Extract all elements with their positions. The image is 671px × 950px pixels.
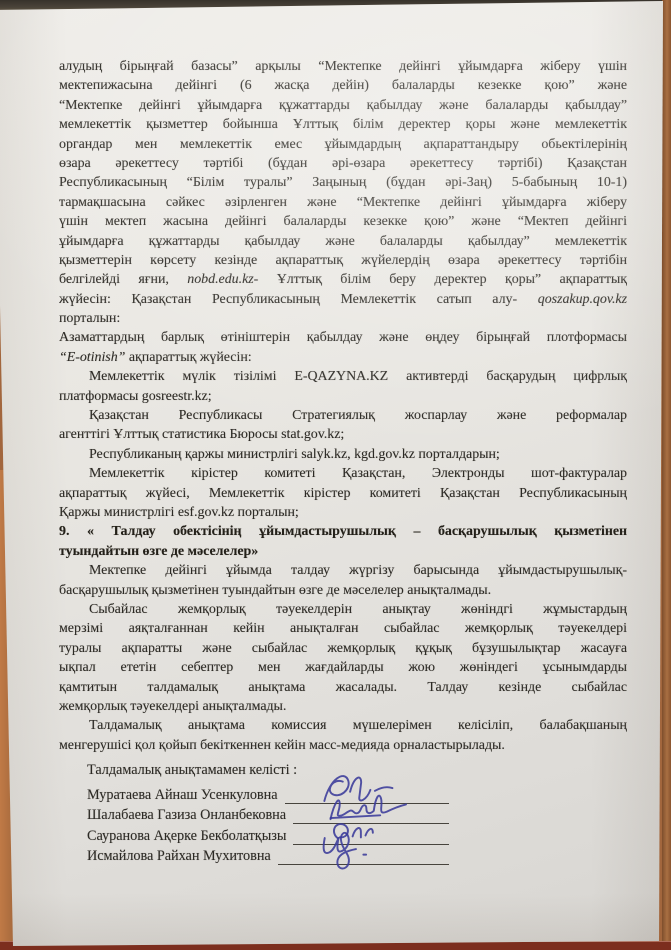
text-segment: Сыбайлас жемқорлық тәуекелдерін анықтау … [89, 602, 627, 617]
text-line: Талдамалық анықтама комиссия мүшелерімен… [59, 716, 627, 735]
text-line: Қаржы министрлігі esf.gov.kz порталын; [59, 503, 627, 522]
text-segment: өзара әрекеттесу тәртібі (бұдан әрі-өзар… [59, 156, 627, 171]
text-line: үшін мектеп жасына дейінгі балаларды кез… [59, 212, 627, 231]
text-segment: мемлекеттік қызметтер бойынша Ұлттық біл… [59, 117, 627, 132]
paragraph: Мемлекеттік кірістер комитеті Қазақстан,… [59, 464, 627, 522]
text-line: Республиканың қаржы министрлігі salyk.kz… [59, 445, 627, 464]
text-line: Мемлекеттік кірістер комитеті Қазақстан,… [59, 464, 627, 483]
paragraph: Мектепке дейінгі ұйымда талдау жүргізу б… [59, 561, 627, 600]
text-segment: үшін мектеп жасына дейінгі балаларды кез… [59, 214, 627, 229]
text-segment: Қаржы министрлігі esf.gov.kz порталын; [59, 505, 299, 520]
text-line: мектепижасына дейінгі (6 жасқа дейін) ба… [59, 76, 627, 95]
text-segment: Қазақстан Республикасы Стратегиялық жосп… [89, 408, 627, 423]
text-line: Қазақстан Республикасы Стратегиялық жосп… [59, 406, 627, 425]
text-segment: 9. « Талдау обектісінің ұйымдастырушылық… [59, 524, 627, 539]
text-line: жүйесін: Қазақстан Республикасының Мемле… [59, 290, 627, 309]
text-line: агенттігі Ұлттық статистика Бюросы stat.… [59, 425, 627, 444]
text-segment: алудың бірыңғай базасы” арқылы “Мектепке… [59, 59, 627, 74]
text-line: жемқорлық тәуекелдері анықталмады. [59, 697, 627, 716]
text-segment: Азаматтардың барлық өтініштерін қабылдау… [59, 330, 627, 345]
text-line: Мемлекеттік мүлік тізілімі E-QAZYNA.KZ а… [59, 367, 627, 386]
text-segment: Мемлекеттік кірістер комитеті Қазақстан,… [89, 466, 627, 481]
signer-name: Муратаева Айнаш Усенкуловна [87, 787, 285, 804]
text-line: “Мектепке дейінгі ұйымдарға құжаттарды қ… [59, 96, 627, 115]
text-segment: басқарушылық қызметінен туындайтын өзге … [59, 583, 491, 598]
paragraph: алудың бірыңғай базасы” арқылы “Мектепке… [59, 57, 627, 328]
text-line: ақпараттық жүйесі, Мемлекеттік кірістер … [59, 484, 627, 503]
text-line: белгілейді яғни, nobd.edu.kz- Ұлттық біл… [59, 270, 627, 289]
signature-block: Талдамалық анықтамамен келісті : Муратае… [87, 762, 449, 865]
text-segment: менгерушісі қол қойып бекіткеннен кейін … [59, 738, 505, 753]
text-segment: nobd.edu.kz- [187, 272, 258, 287]
signer-name: Шалабаева Газиза Онланбековна [87, 807, 293, 824]
paragraph: Мемлекеттік мүлік тізілімі E-QAZYNA.KZ а… [59, 367, 627, 406]
text-line: 9. « Талдау обектісінің ұйымдастырушылық… [59, 522, 627, 541]
signature-rows: Муратаева Айнаш УсенкуловнаШалабаева Газ… [87, 783, 449, 865]
text-line: органдар мен мемлекеттік емес ұйымдардың… [59, 135, 627, 154]
text-segment: Талдамалық анықтама комиссия мүшелерімен… [89, 718, 627, 733]
paragraph: 9. « Талдау обектісінің ұйымдастырушылық… [59, 522, 627, 561]
text-line: қызметтерін көрсету кезінде ақпараттық ж… [59, 251, 627, 270]
signer-row: Исмайлова Райхан Мухитовна [87, 845, 449, 866]
text-segment: Мектепке дейінгі ұйымда талдау жүргізу б… [89, 563, 627, 578]
text-segment: туралы ақпаратты және сыбайлас жемқорлық… [59, 641, 627, 656]
text-segment: ұйымдарға құжаттарды қабылдау және балал… [59, 234, 627, 249]
text-line: Мектепке дейінгі ұйымда талдау жүргізу б… [59, 561, 627, 580]
text-line: туралы ақпаратты және сыбайлас жемқорлық… [59, 639, 627, 658]
text-segment: қызметтерін көрсету кезінде ақпараттық ж… [59, 253, 627, 268]
text-segment: мектепижасына дейінгі (6 жасқа дейін) ба… [59, 78, 627, 93]
photo-background: алудың бірыңғай базасы” арқылы “Мектепке… [0, 0, 671, 950]
table-edge-right [662, 0, 671, 950]
text-segment: qoszakup.qov.kz [538, 292, 627, 307]
document-body: алудың бірыңғай базасы” арқылы “Мектепке… [59, 57, 627, 755]
signer-name: Сауранова Ақерке Бекболатқызы [87, 828, 293, 845]
text-line: “E-otinish” ақпараттық жүйесін: [59, 348, 627, 367]
text-segment: “Мектепке дейінгі ұйымдарға құжаттарды қ… [59, 98, 627, 113]
text-line: платформасы gosreestr.kz; [59, 387, 627, 406]
text-line: ұйымдарға құжаттарды қабылдау және балал… [59, 232, 627, 251]
paragraph: Азаматтардың барлық өтініштерін қабылдау… [59, 328, 627, 367]
text-segment: Республикасының “Білім туралы” Заңының (… [59, 175, 627, 190]
text-line: Азаматтардың барлық өтініштерін қабылдау… [59, 328, 627, 347]
text-line: алудың бірыңғай базасы” арқылы “Мектепке… [59, 57, 627, 76]
text-line: менгерушісі қол қойып бекіткеннен кейін … [59, 736, 627, 755]
text-line: қамтитын талдамалық анықтама жасалады. Т… [59, 678, 627, 697]
text-segment: “E-otinish” [59, 350, 125, 365]
signer-name: Исмайлова Райхан Мухитовна [87, 848, 278, 865]
text-segment: порталын: [59, 311, 120, 326]
text-line: ықпал ететін себептер мен жағдайларды жо… [59, 658, 627, 677]
text-segment: Мемлекеттік мүлік тізілімі E-QAZYNA.KZ а… [89, 369, 627, 384]
text-line: Сыбайлас жемқорлық тәуекелдерін анықтау … [59, 600, 627, 619]
text-segment: жүйесін: Қазақстан Республикасының Мемле… [59, 292, 538, 307]
text-line: туындайтын өзге де мәселелер» [59, 542, 627, 561]
text-line: порталын: [59, 309, 627, 328]
text-segment: белгілейді яғни, [59, 272, 187, 287]
text-line: басқарушылық қызметінен туындайтын өзге … [59, 581, 627, 600]
paragraph: Қазақстан Республикасы Стратегиялық жосп… [59, 406, 627, 445]
text-segment: туындайтын өзге де мәселелер» [59, 544, 258, 559]
text-segment: агенттігі Ұлттық статистика Бюросы stat.… [59, 427, 344, 442]
text-segment: ықпал ететін себептер мен жағдайларды жо… [59, 660, 627, 675]
text-segment: қамтитын талдамалық анықтама жасалады. Т… [59, 680, 627, 695]
text-segment: Республиканың қаржы министрлігі salyk.kz… [89, 447, 500, 462]
text-line: тармақшасына сәйкес әзірленген және “Мек… [59, 193, 627, 212]
text-line: мемлекеттік қызметтер бойынша Ұлттық біл… [59, 115, 627, 134]
text-line: өзара әрекеттесу тәртібі (бұдан әрі-өзар… [59, 154, 627, 173]
paragraph: Сыбайлас жемқорлық тәуекелдерін анықтау … [59, 600, 627, 716]
text-segment: Ұлттық білім беру деректер қоры” ақпарат… [258, 272, 627, 287]
signature-line [278, 844, 449, 866]
text-segment: ақпараттық жүйесін: [125, 350, 251, 365]
text-segment: ақпараттық жүйесі, Мемлекеттік кірістер … [59, 486, 627, 501]
paper-sheet: алудың бірыңғай базасы” арқылы “Мектепке… [0, 0, 671, 950]
text-segment: органдар мен мемлекеттік емес ұйымдардың… [59, 137, 627, 152]
text-segment: мерзімі аяқталғаннан кейін анықталған сы… [59, 621, 627, 636]
text-line: Республикасының “Білім туралы” Заңының (… [59, 173, 627, 192]
text-segment: жемқорлық тәуекелдері анықталмады. [59, 699, 286, 714]
paragraph: Республиканың қаржы министрлігі salyk.kz… [59, 445, 627, 464]
handwritten-signature-4-icon [296, 827, 416, 873]
text-segment: тармақшасына сәйкес әзірленген және “Мек… [59, 195, 627, 210]
paragraph: Талдамалық анықтама комиссия мүшелерімен… [59, 716, 627, 755]
text-segment: платформасы gosreestr.kz; [59, 389, 212, 404]
text-line: мерзімі аяқталғаннан кейін анықталған сы… [59, 619, 627, 638]
